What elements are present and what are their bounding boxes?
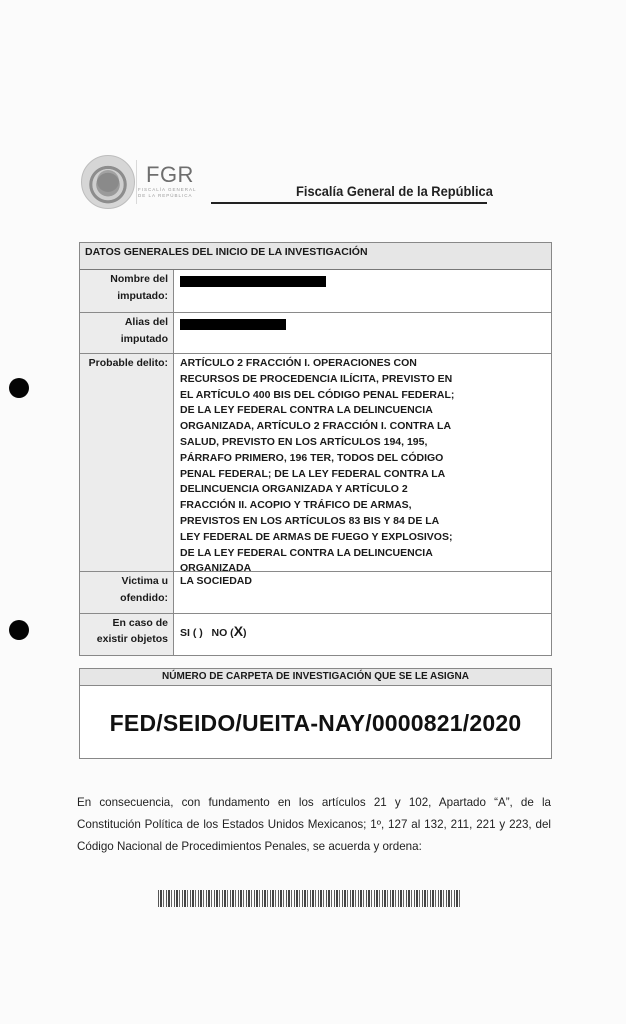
table-title: DATOS GENERALES DEL INICIO DE LA INVESTI… — [80, 243, 551, 270]
general-data-table: DATOS GENERALES DEL INICIO DE LA INVESTI… — [79, 242, 552, 656]
row-label: Probable delito: — [80, 354, 174, 571]
no-option: NO ( — [212, 627, 234, 639]
folder-title: NÚMERO DE CARPETA DE INVESTIGACIÓN QUE S… — [80, 669, 551, 686]
row-value — [174, 313, 551, 353]
table-row: En caso de existir objetos SI ( ) NO (X) — [80, 614, 551, 655]
row-value — [174, 270, 551, 312]
row-value: SI ( ) NO (X) — [174, 614, 551, 655]
logo-subtitle: FISCALÍA GENERAL DE LA REPÚBLICA — [138, 187, 198, 199]
row-label: Victima u ofendido: — [80, 572, 174, 613]
table-row: Nombre del imputado: — [80, 270, 551, 313]
punch-hole — [9, 378, 29, 398]
no-mark: X — [234, 623, 243, 639]
legal-paragraph: En consecuencia, con fundamento en los a… — [77, 792, 551, 858]
table-row: Victima u ofendido: LA SOCIEDAD — [80, 572, 551, 614]
barcode — [158, 890, 460, 907]
row-value: LA SOCIEDAD — [174, 572, 551, 613]
table-row: Probable delito: ARTÍCULO 2 FRACCIÓN I. … — [80, 354, 551, 572]
row-label: Alias del imputado — [80, 313, 174, 353]
logo-divider — [136, 160, 137, 204]
row-label: Nombre del imputado: — [80, 270, 174, 312]
redaction-bar — [180, 276, 326, 287]
punch-hole — [9, 620, 29, 640]
table-row: Alias del imputado — [80, 313, 551, 354]
logo-text: FGR — [146, 162, 194, 188]
mexico-coat-of-arms-icon — [81, 155, 135, 209]
folder-number: FED/SEIDO/UEITA-NAY/0000821/2020 — [80, 686, 551, 737]
agency-name: Fiscalía General de la República — [296, 183, 493, 199]
row-value: ARTÍCULO 2 FRACCIÓN I. OPERACIONES CON R… — [174, 354, 551, 571]
header-rule — [211, 202, 487, 204]
folder-number-box: NÚMERO DE CARPETA DE INVESTIGACIÓN QUE S… — [79, 668, 552, 759]
redaction-bar — [180, 319, 286, 330]
si-option: SI ( ) — [180, 627, 203, 639]
row-label: En caso de existir objetos — [80, 614, 174, 655]
